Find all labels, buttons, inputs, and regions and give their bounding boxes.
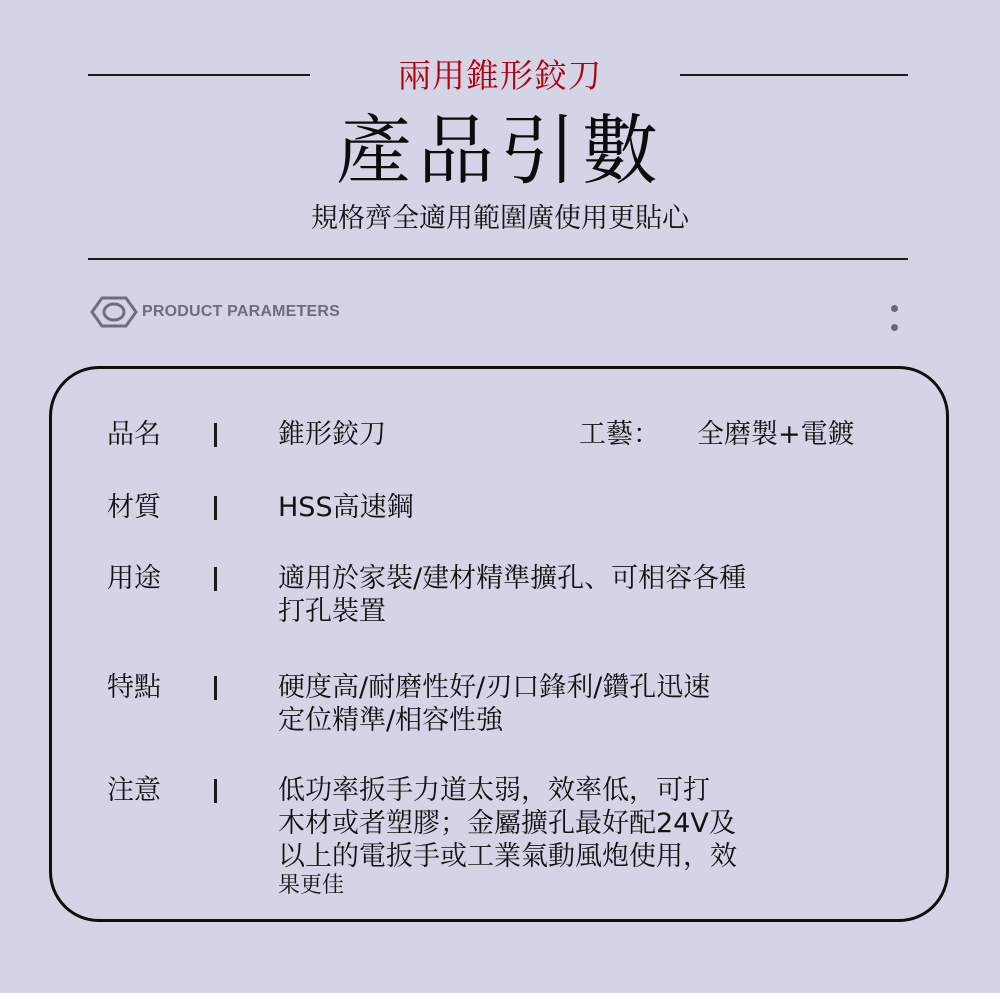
separator-bar — [214, 779, 217, 803]
hex-nut-icon — [90, 295, 138, 329]
tagline: 規格齊全適用範圍廣使用更貼心 — [0, 196, 1000, 235]
value-line: 打孔裝置 — [278, 595, 848, 628]
parameters-card: 品名 錐形鉸刀 工藝： 全磨製+電鍍 材質 HSS高速鋼 用途 適用於家裝/建材… — [49, 366, 949, 922]
value-line: 適用於家裝/建材精準擴孔、可相容各種 — [278, 562, 848, 595]
separator-bar — [214, 676, 217, 700]
section-label: PRODUCT PARAMETERS — [142, 303, 340, 321]
dot — [891, 305, 898, 312]
value-line: 果更佳 — [278, 873, 848, 899]
more-dots-icon[interactable] — [887, 305, 901, 331]
param-key: 材質 — [107, 491, 161, 524]
value-line: 低功率扳手力道太弱，效率低，可打 — [278, 774, 848, 807]
value-line: 定位精準/相容性強 — [278, 704, 848, 737]
value-line: 木材或者塑膠；金屬擴孔最好配24V及 — [278, 807, 848, 840]
separator-bar — [214, 423, 217, 447]
param-value: 適用於家裝/建材精準擴孔、可相容各種 打孔裝置 — [278, 562, 848, 628]
divider-middle — [88, 258, 908, 260]
page-title: 產品引數 — [0, 106, 1000, 196]
param-key: 品名 — [107, 418, 161, 451]
value-line: 以上的電扳手或工業氣動風炮使用，效 — [278, 840, 848, 873]
separator-bar — [214, 567, 217, 591]
param-key: 特點 — [107, 671, 161, 704]
param-key: 注意 — [107, 774, 161, 807]
param-value: 硬度高/耐磨性好/刃口鋒利/鑽孔迅速 定位精準/相容性強 — [278, 671, 848, 737]
section-header: PRODUCT PARAMETERS — [90, 295, 340, 329]
craft-key: 工藝： — [579, 418, 660, 451]
param-key: 用途 — [107, 562, 161, 595]
separator-bar — [214, 496, 217, 520]
value-line: HSS高速鋼 — [278, 491, 848, 524]
product-parameters-page: 兩用錐形鉸刀 產品引數 規格齊全適用範圍廣使用更貼心 PRODUCT PARAM… — [0, 0, 1000, 993]
dot — [891, 324, 898, 331]
craft-value: 全磨製+電鍍 — [697, 418, 855, 451]
param-value: HSS高速鋼 — [278, 491, 848, 524]
param-value: 低功率扳手力道太弱，效率低，可打 木材或者塑膠；金屬擴孔最好配24V及 以上的電… — [278, 774, 848, 899]
value-line: 硬度高/耐磨性好/刃口鋒利/鑽孔迅速 — [278, 671, 848, 704]
divider-top-right — [680, 74, 908, 76]
